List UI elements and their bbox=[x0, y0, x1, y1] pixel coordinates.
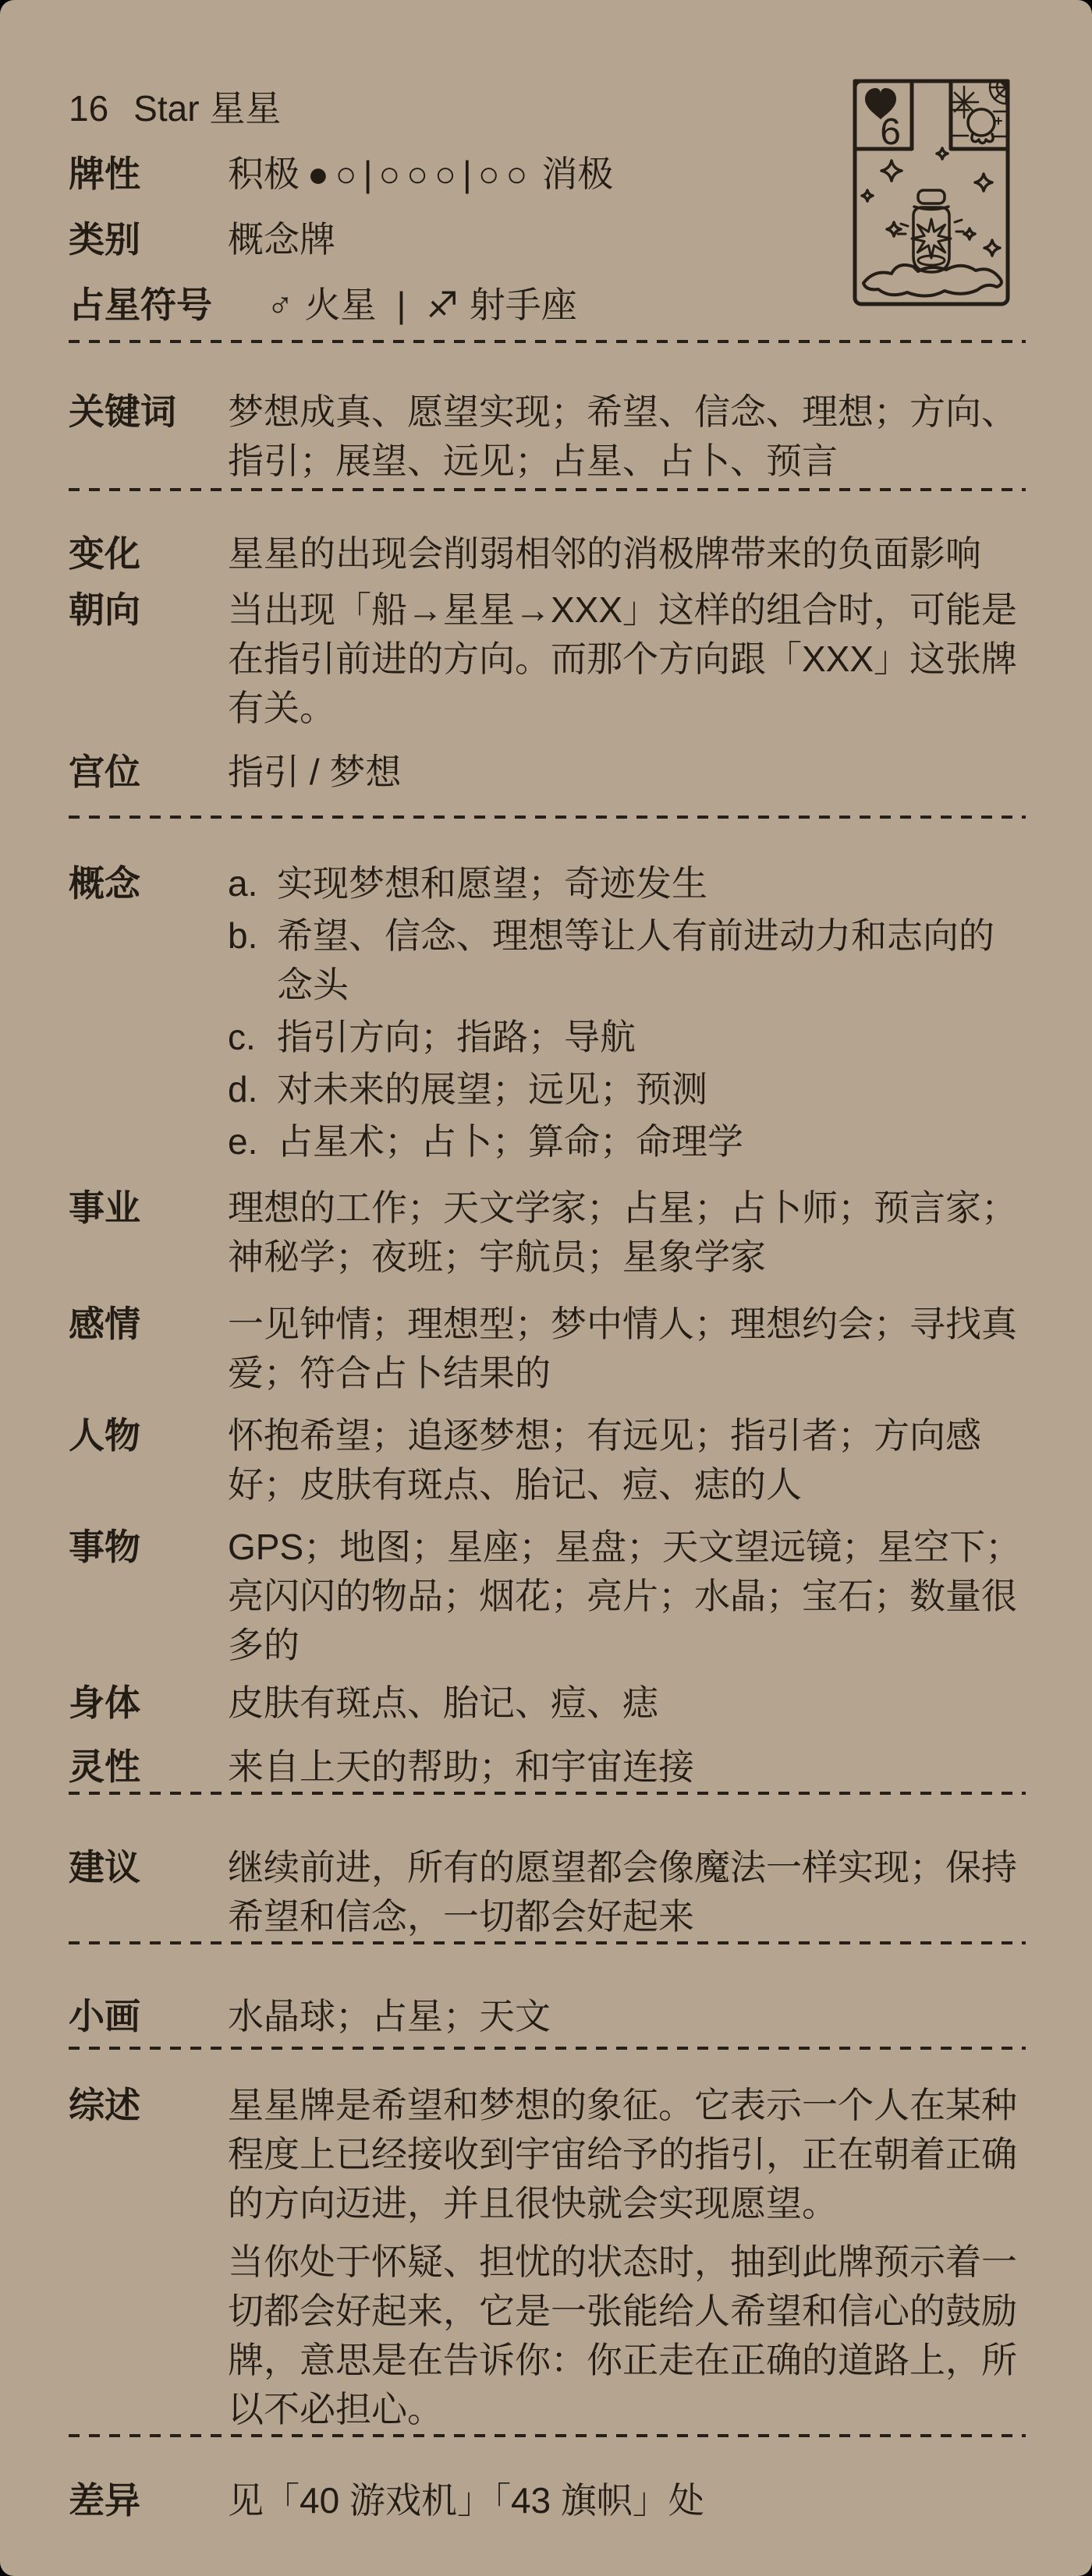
row-bianhua: 变化 星星的出现会削弱相邻的消极牌带来的负面影响 bbox=[69, 529, 1026, 579]
dashed-divider bbox=[69, 1792, 1026, 1795]
concept-marker: c. bbox=[228, 1013, 277, 1062]
gainian-label: 概念 bbox=[69, 859, 228, 1166]
row-xiaohua: 小画 水晶球；占星；天文 bbox=[69, 1992, 1026, 2041]
concept-marker: b. bbox=[228, 911, 277, 1010]
shiye-label: 事业 bbox=[69, 1184, 228, 1282]
concept-text: 对未来的展望；远见；预测 bbox=[277, 1065, 1026, 1114]
jianyi-text: 继续前进，所有的愿望都会像魔法一样实现；保持希望和信念，一切都会好起来 bbox=[228, 1843, 1026, 1941]
concept-item-a: a. 实现梦想和愿望；奇迹发生 bbox=[228, 859, 1026, 908]
paixing-dots: ●○|○○○|○○ bbox=[307, 154, 534, 194]
paixing-negative: 消极 bbox=[541, 154, 613, 194]
dashed-divider bbox=[69, 2434, 1026, 2437]
chaoxiang-label: 朝向 bbox=[69, 586, 228, 733]
xiaohua-label: 小画 bbox=[69, 1992, 228, 2041]
concept-marker: e. bbox=[228, 1117, 277, 1166]
concept-item-c: c. 指引方向；指路；导航 bbox=[228, 1013, 1026, 1062]
paixing-positive: 积极 bbox=[228, 154, 300, 194]
row-keywords: 关键词 梦想成真、愿望实现；希望、信念、理想；方向、指引；展望、远见；占星、占卜… bbox=[69, 387, 1026, 486]
card-name: Star 星星 bbox=[133, 84, 281, 133]
row-gongwei: 宫位 指引 / 梦想 bbox=[69, 748, 1026, 797]
gainian-list: a. 实现梦想和愿望；奇迹发生 b. 希望、信念、理想等让人有前进动力和志向的念… bbox=[228, 859, 1026, 1166]
zongshu-label: 综述 bbox=[69, 2081, 228, 2434]
chaoxiang-text: 当出现「船→星星→XXX」这样的组合时，可能是在指引前进的方向。而那个方向跟「X… bbox=[228, 586, 1026, 733]
keywords-label: 关键词 bbox=[69, 387, 228, 486]
bianhua-text: 星星的出现会削弱相邻的消极牌带来的负面影响 bbox=[228, 529, 1026, 579]
ground-cloth bbox=[863, 265, 1002, 296]
astro-label: 占星符号 bbox=[69, 281, 212, 330]
sparkle-icon bbox=[995, 118, 1002, 124]
dashed-divider bbox=[69, 340, 1026, 343]
concept-text: 指引方向；指路；导航 bbox=[277, 1013, 1026, 1062]
row-chaoxiang: 朝向 当出现「船→星星→XXX」这样的组合时，可能是在指引前进的方向。而那个方向… bbox=[69, 586, 1026, 733]
lingxing-text: 来自上天的帮助；和宇宙连接 bbox=[228, 1743, 1026, 1792]
row-shiye: 事业 理想的工作；天文学家；占星；占卜师；预言家；神秘学；夜班；宇航员；星象学家 bbox=[69, 1184, 1026, 1282]
crystal-ball-icon bbox=[968, 109, 994, 143]
concept-text: 实现梦想和愿望；奇迹发生 bbox=[277, 859, 1026, 908]
row-lingxing: 灵性 来自上天的帮助；和宇宙连接 bbox=[69, 1743, 1026, 1792]
card-number: 16 bbox=[69, 84, 108, 133]
zongshu-text: 星星牌是希望和梦想的象征。它表示一个人在某种程度上已经接收到宇宙给予的指引，正在… bbox=[228, 2081, 1026, 2434]
dashed-divider bbox=[69, 488, 1026, 491]
row-gainian: 概念 a. 实现梦想和愿望；奇迹发生 b. 希望、信念、理想等让人有前进动力和志… bbox=[69, 859, 1026, 1166]
row-ganqing: 感情 一见钟情；理想型；梦中情人；理想约会；寻找真爱；符合占卜结果的 bbox=[69, 1300, 1026, 1398]
zongshu-paragraph-1: 星星牌是希望和梦想的象征。它表示一个人在某种程度上已经接收到宇宙给予的指引，正在… bbox=[228, 2081, 1026, 2228]
row-zongshu: 综述 星星牌是希望和梦想的象征。它表示一个人在某种程度上已经接收到宇宙给予的指引… bbox=[69, 2081, 1026, 2434]
star-jar-icon bbox=[898, 190, 963, 272]
lingxing-label: 灵性 bbox=[69, 1743, 228, 1792]
zongshu-paragraph-2: 当你处于怀疑、担忧的状态时，抽到此牌预示着一切都会好起来，它是一张能给人希望和信… bbox=[228, 2238, 1026, 2434]
xiaohua-text: 水晶球；占星；天文 bbox=[228, 1992, 1026, 2041]
renwu-text: 怀抱希望；追逐梦想；有远见；指引者；方向感好；皮肤有斑点、胎记、痘、痣的人 bbox=[228, 1411, 1026, 1509]
chayi-text: 见「40 游戏机」「43 旗帜」处 bbox=[228, 2476, 1026, 2525]
paixing-label: 牌性 bbox=[69, 150, 228, 199]
keywords-text: 梦想成真、愿望实现；希望、信念、理想；方向、指引；展望、远见；占星、占卜、预言 bbox=[228, 387, 1026, 486]
card-illustration: 6 bbox=[853, 79, 1010, 306]
shenti-label: 身体 bbox=[69, 1679, 228, 1728]
sparkles bbox=[862, 148, 1000, 256]
rank-number: 6 bbox=[880, 111, 901, 153]
concept-marker: d. bbox=[228, 1065, 277, 1114]
astro-value: ♂火星|♐射手座 bbox=[267, 281, 577, 330]
concept-text: 占星术；占卜；算命；命理学 bbox=[277, 1117, 1026, 1166]
chayi-label: 差异 bbox=[69, 2476, 228, 2525]
bianhua-label: 变化 bbox=[69, 529, 228, 579]
mars-symbol-icon: ♂ bbox=[267, 285, 294, 325]
shenti-text: 皮肤有斑点、胎记、痘、痣 bbox=[228, 1679, 1026, 1728]
gongwei-text: 指引 / 梦想 bbox=[228, 748, 1026, 797]
row-shenti: 身体 皮肤有斑点、胎记、痘、痣 bbox=[69, 1679, 1026, 1728]
ganqing-text: 一见钟情；理想型；梦中情人；理想约会；寻找真爱；符合占卜结果的 bbox=[228, 1300, 1026, 1398]
leibie-label: 类别 bbox=[69, 215, 228, 264]
shiwu-label: 事物 bbox=[69, 1523, 228, 1670]
sagittarius-name: 射手座 bbox=[470, 285, 577, 325]
gongwei-label: 宫位 bbox=[69, 748, 228, 797]
card-reference-page: 6 bbox=[0, 0, 1092, 2576]
row-shiwu: 事物 GPS；地图；星座；星盘；天文望远镜；星空下；亮闪闪的物品；烟花；亮片；水… bbox=[69, 1523, 1026, 1670]
dashed-divider bbox=[69, 2047, 1026, 2050]
dashed-divider bbox=[69, 1941, 1026, 1944]
compass-star-icon bbox=[950, 87, 978, 118]
concept-item-e: e. 占星术；占卜；算命；命理学 bbox=[228, 1117, 1026, 1166]
ganqing-label: 感情 bbox=[69, 1300, 228, 1398]
row-jianyi: 建议 继续前进，所有的愿望都会像魔法一样实现；保持希望和信念，一切都会好起来 bbox=[69, 1843, 1026, 1941]
row-chayi: 差异 见「40 游戏机」「43 旗帜」处 bbox=[69, 2476, 1026, 2525]
concept-item-b: b. 希望、信念、理想等让人有前进动力和志向的念头 bbox=[228, 911, 1026, 1010]
mars-name: 火星 bbox=[305, 285, 377, 325]
concept-item-d: d. 对未来的展望；远见；预测 bbox=[228, 1065, 1026, 1114]
sagittarius-symbol-icon: ♐ bbox=[426, 285, 458, 325]
concept-marker: a. bbox=[228, 859, 277, 908]
jianyi-label: 建议 bbox=[69, 1843, 228, 1941]
concept-text: 希望、信念、理想等让人有前进动力和志向的念头 bbox=[277, 911, 1026, 1010]
shiwu-text: GPS；地图；星座；星盘；天文望远镜；星空下；亮闪闪的物品；烟花；亮片；水晶；宝… bbox=[228, 1523, 1026, 1670]
astro-divider: | bbox=[397, 285, 406, 325]
dashed-divider bbox=[69, 816, 1026, 819]
renwu-label: 人物 bbox=[69, 1411, 228, 1509]
row-renwu: 人物 怀抱希望；追逐梦想；有远见；指引者；方向感好；皮肤有斑点、胎记、痘、痣的人 bbox=[69, 1411, 1026, 1509]
shiye-text: 理想的工作；天文学家；占星；占卜师；预言家；神秘学；夜班；宇航员；星象学家 bbox=[228, 1184, 1026, 1282]
